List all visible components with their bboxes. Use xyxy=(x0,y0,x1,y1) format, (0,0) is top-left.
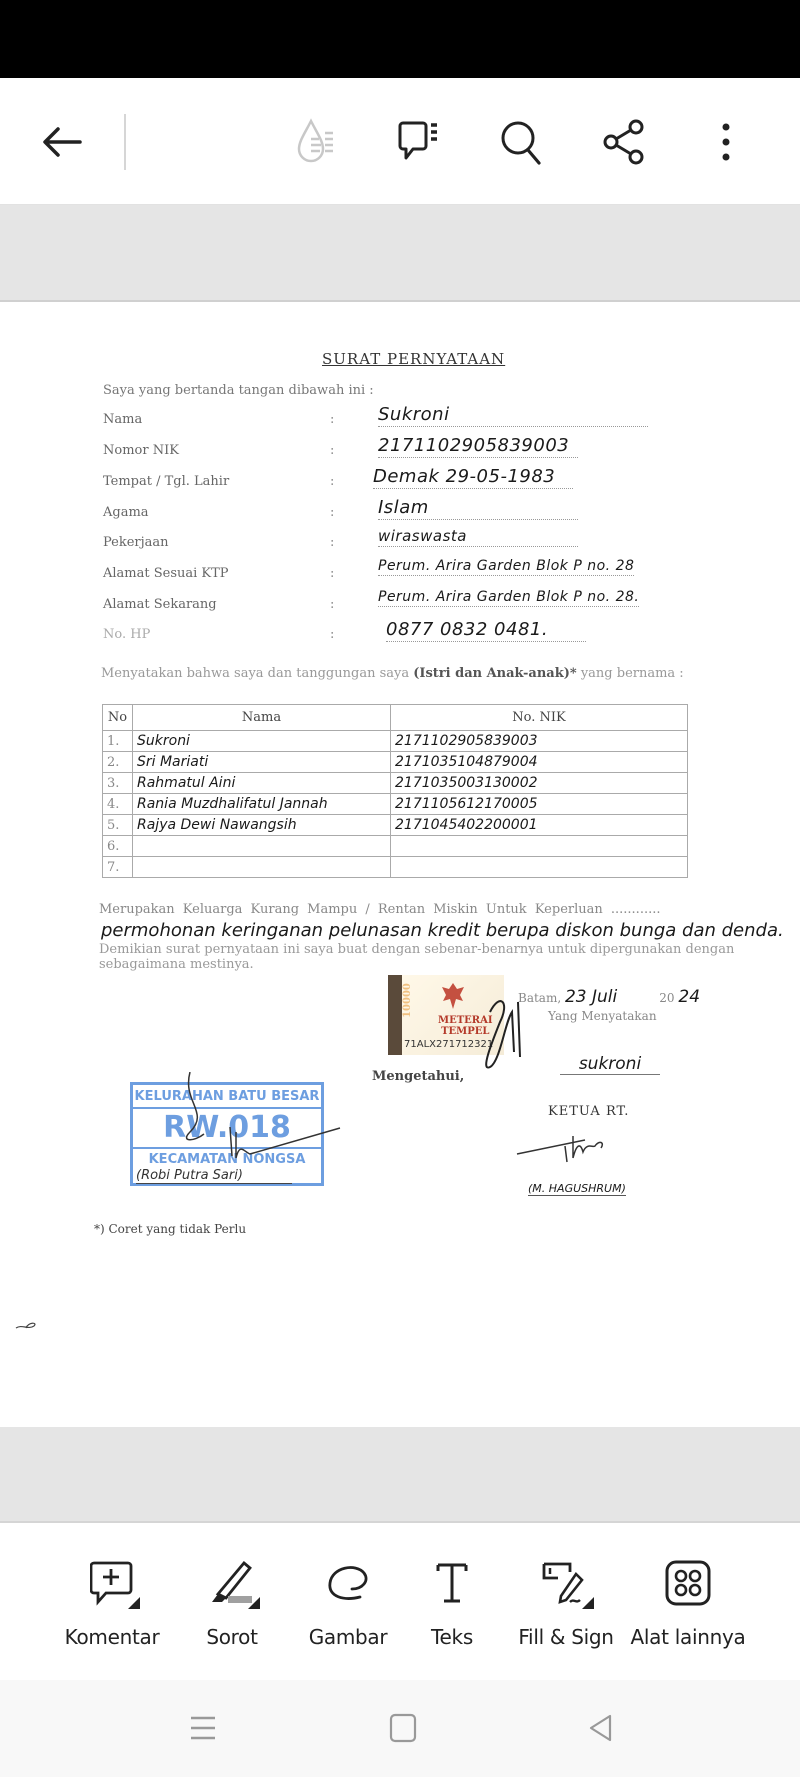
system-nav-bar xyxy=(0,1680,800,1777)
tool-gambar[interactable]: Gambar xyxy=(288,1555,408,1665)
field-colon: : xyxy=(330,535,334,550)
table-row: 2.Sri Mariati2171035104879004 xyxy=(103,752,688,773)
tool-label: Sorot xyxy=(172,1625,292,1649)
field-label: Nomor NIK xyxy=(103,443,179,458)
field-colon: : xyxy=(330,412,334,427)
field-alamat-ktp: Alamat Sesuai KTP : Perum. Arira Garden … xyxy=(103,562,663,586)
more-options-button[interactable] xyxy=(700,116,752,168)
viewer-background xyxy=(0,205,800,300)
table-row: 7. xyxy=(103,857,688,878)
more-vertical-icon xyxy=(716,117,736,167)
share-icon xyxy=(599,117,649,167)
rw-name: (Robi Putra Sari) xyxy=(136,1168,292,1184)
field-agama: Agama : Islam xyxy=(103,501,663,525)
field-value: wiraswasta xyxy=(378,527,578,547)
field-label: Alamat Sesuai KTP xyxy=(103,566,229,581)
statement-text: Menyatakan bahwa saya dan tanggungan say… xyxy=(101,666,684,681)
col-header-nama: Nama xyxy=(133,705,391,731)
field-ttl: Tempat / Tgl. Lahir : Demak 29-05-1983 xyxy=(103,470,663,494)
pdf-page[interactable]: SURAT PERNYATAAN Saya yang bertanda tang… xyxy=(0,300,800,1427)
document-content: SURAT PERNYATAAN Saya yang bertanda tang… xyxy=(0,302,800,1427)
tool-label: Komentar xyxy=(52,1625,172,1649)
recents-button[interactable] xyxy=(178,1708,228,1748)
rw-signature xyxy=(170,1072,350,1172)
home-icon xyxy=(388,1713,418,1743)
field-pekerjaan: Pekerjaan : wiraswasta xyxy=(103,531,663,555)
tool-alat-lainnya[interactable]: Alat lainnya xyxy=(628,1555,748,1665)
field-label: Tempat / Tgl. Lahir xyxy=(103,474,229,489)
search-button[interactable] xyxy=(496,116,548,168)
viewer-background xyxy=(0,1427,800,1523)
col-header-no: No xyxy=(103,705,133,731)
field-no-hp: No. HP : 0877 0832 0481. xyxy=(103,623,663,647)
place-date: Batam, 23 Juli20 24 xyxy=(518,987,700,1007)
tool-label: Gambar xyxy=(288,1625,408,1649)
family-table: No Nama No. NIK 1.Sukroni217110290583900… xyxy=(102,704,688,878)
text-icon xyxy=(432,1561,472,1605)
field-colon: : xyxy=(330,566,334,581)
status-bar xyxy=(0,0,800,78)
table-row: 3.Rahmatul Aini2171035003130002 xyxy=(103,773,688,794)
top-toolbar xyxy=(0,78,800,205)
col-header-nik: No. NIK xyxy=(391,705,688,731)
toolbar-divider xyxy=(124,114,126,170)
table-row: 6. xyxy=(103,836,688,857)
search-icon xyxy=(497,117,547,167)
field-colon: : xyxy=(330,597,334,612)
liquid-mode-icon xyxy=(295,117,345,167)
tool-label: Alat lainnya xyxy=(628,1625,748,1649)
tool-teks[interactable]: Teks xyxy=(392,1555,512,1665)
submenu-indicator xyxy=(248,1597,260,1609)
comments-list-icon xyxy=(397,117,447,167)
recents-icon xyxy=(188,1713,218,1743)
rt-name: (M. HAGUSHRUM) xyxy=(528,1182,626,1196)
field-value: 0877 0832 0481. xyxy=(386,619,586,642)
field-alamat-sekarang: Alamat Sekarang : Perum. Arira Garden Bl… xyxy=(103,593,663,617)
field-colon: : xyxy=(330,505,334,520)
submenu-indicator xyxy=(582,1597,594,1609)
field-label: No. HP xyxy=(103,627,150,642)
field-label: Pekerjaan xyxy=(103,535,169,550)
footnote: *) Coret yang tidak Perlu xyxy=(94,1222,246,1236)
field-value: Perum. Arira Garden Blok P no. 28. xyxy=(378,589,639,607)
field-label: Nama xyxy=(103,412,142,427)
back-icon xyxy=(586,1713,616,1743)
back-button[interactable] xyxy=(36,116,88,168)
field-value: Sukroni xyxy=(378,404,648,427)
rt-signature xyxy=(515,1122,625,1167)
tool-fill-sign[interactable]: Fill & Sign xyxy=(506,1555,626,1665)
comments-button[interactable] xyxy=(396,116,448,168)
field-nik: Nomor NIK : 2171102905839003 xyxy=(103,439,663,463)
field-nama: Nama : Sukroni xyxy=(103,408,663,432)
table-row: 1.Sukroni2171102905839003 xyxy=(103,731,688,752)
bottom-toolbar: Komentar Sorot Gambar Teks Fill & Sign A… xyxy=(0,1525,800,1680)
field-colon: : xyxy=(330,474,334,489)
tool-sorot[interactable]: Sorot xyxy=(172,1555,292,1665)
field-colon: : xyxy=(330,627,334,642)
field-value: Demak 29-05-1983 xyxy=(373,466,573,489)
tool-komentar[interactable]: Komentar xyxy=(52,1555,172,1665)
field-label: Alamat Sekarang xyxy=(103,597,217,612)
stamp-value: 10000 xyxy=(402,983,413,1018)
yang-menyatakan: Yang Menyatakan xyxy=(548,1009,657,1023)
field-label: Agama xyxy=(103,505,149,520)
arrow-left-icon xyxy=(40,124,84,160)
back-nav-button[interactable] xyxy=(576,1708,626,1748)
tool-label: Fill & Sign xyxy=(506,1625,626,1649)
submenu-indicator xyxy=(128,1597,140,1609)
stray-mark xyxy=(14,1320,40,1332)
liquid-mode-button[interactable] xyxy=(294,116,346,168)
field-colon: : xyxy=(330,443,334,458)
mengetahui-label: Mengetahui, xyxy=(372,1069,464,1084)
field-value: 2171102905839003 xyxy=(378,435,578,458)
share-button[interactable] xyxy=(598,116,650,168)
home-button[interactable] xyxy=(378,1708,428,1748)
keperluan-handwritten: permohonan keringanan pelunasan kredit b… xyxy=(101,920,784,941)
signer-name: sukroni xyxy=(560,1054,660,1075)
field-value: Perum. Arira Garden Blok P no. 28 xyxy=(378,558,634,576)
garuda-emblem-icon xyxy=(440,981,466,1011)
more-tools-icon xyxy=(664,1559,712,1607)
field-value: Islam xyxy=(378,497,578,520)
closing-text: Demikian surat pernyataan ini saya buat … xyxy=(99,942,739,972)
draw-icon xyxy=(324,1563,372,1603)
table-row: 5.Rajya Dewi Nawangsih2171045402200001 xyxy=(103,815,688,836)
document-title: SURAT PERNYATAAN xyxy=(322,350,505,368)
ketua-rt-label: KETUA RT. xyxy=(548,1104,629,1119)
table-row: 4.Rania Muzdhalifatul Jannah217110561217… xyxy=(103,794,688,815)
tool-label: Teks xyxy=(392,1625,512,1649)
keperluan-text: Merupakan Keluarga Kurang Mampu / Rentan… xyxy=(99,902,660,917)
intro-text: Saya yang bertanda tangan dibawah ini : xyxy=(103,383,374,398)
